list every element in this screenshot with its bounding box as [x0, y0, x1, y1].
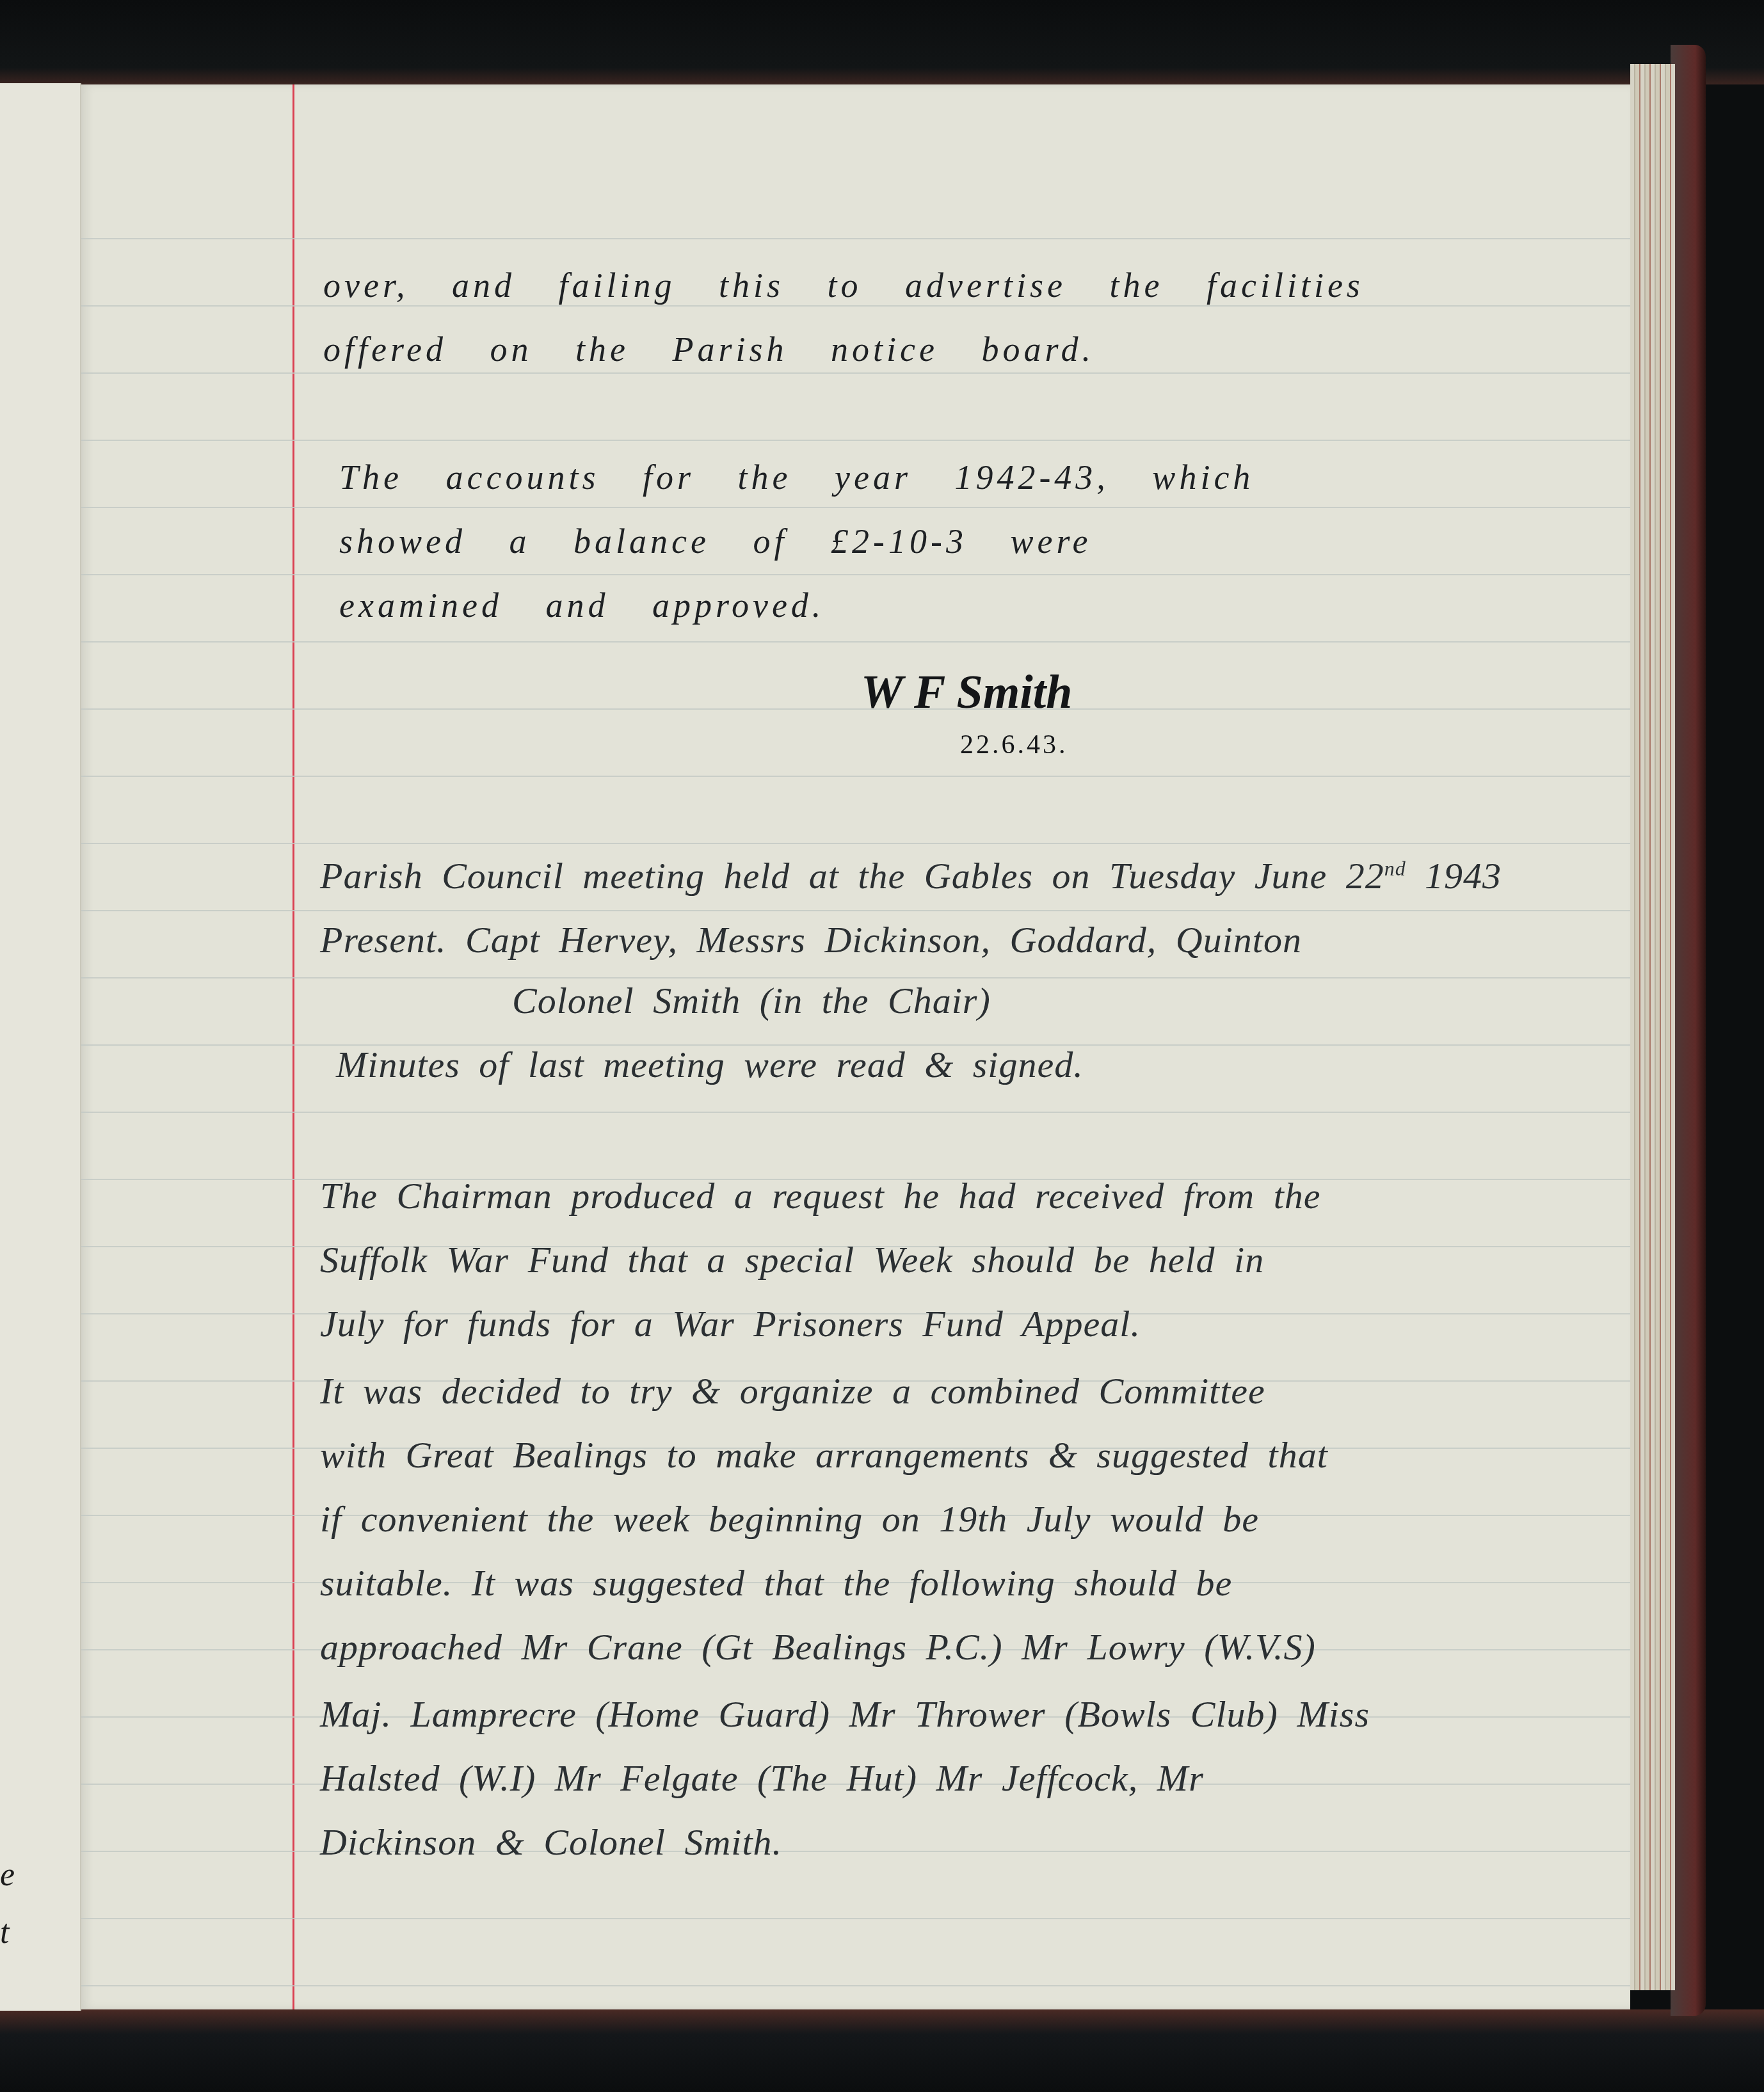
- previous-entry-line: over, and failing this to advertise the …: [323, 266, 1364, 305]
- left-page-edge: e t: [0, 83, 81, 2011]
- ruled-line: [81, 843, 1630, 844]
- paragraph-line: Dickinson & Colonel Smith.: [320, 1821, 782, 1864]
- ruled-line: [81, 1112, 1630, 1113]
- ruled-line: [81, 574, 1630, 575]
- paragraph-line: Suffolk War Fund that a special Week sho…: [320, 1238, 1264, 1281]
- ruled-line: [81, 440, 1630, 441]
- ruled-line: [81, 238, 1630, 239]
- meeting-heading-ordinal: nd: [1384, 858, 1406, 880]
- paragraph-line: with Great Bealings to make arrangements…: [320, 1433, 1328, 1476]
- paragraph-line: approached Mr Crane (Gt Bealings P.C.) M…: [320, 1625, 1316, 1668]
- left-page-fragment: e: [0, 1856, 15, 1894]
- ruled-line: [81, 1918, 1630, 1919]
- meeting-heading-year: 1943: [1425, 855, 1502, 897]
- ruled-line: [81, 1985, 1630, 1986]
- left-page-fragment: t: [0, 1913, 9, 1951]
- minutes-signed-line: Minutes of last meeting were read & sign…: [336, 1043, 1084, 1086]
- ruled-line: [81, 507, 1630, 508]
- page-fore-edge: [1630, 64, 1675, 1990]
- ruled-line: [81, 977, 1630, 978]
- chairman-signature: W F Smith: [861, 666, 1072, 720]
- book-cover-top: [0, 0, 1764, 84]
- present-line: Present. Capt Hervey, Messrs Dickinson, …: [320, 918, 1302, 961]
- meeting-heading-text: Parish Council meeting held at the Gable…: [320, 855, 1384, 897]
- signature-date: 22.6.43.: [960, 730, 1068, 760]
- present-line-chair: Colonel Smith (in the Chair): [512, 979, 991, 1022]
- paragraph-line: July for funds for a War Prisoners Fund …: [320, 1302, 1141, 1345]
- paragraph-line: suitable. It was suggested that the foll…: [320, 1561, 1232, 1604]
- paragraph-line: Maj. Lamprecre (Home Guard) Mr Thrower (…: [320, 1693, 1370, 1736]
- ruled-line: [81, 641, 1630, 643]
- book-cover-bottom: [0, 2009, 1764, 2092]
- ruled-line: [81, 776, 1630, 777]
- meeting-heading: Parish Council meeting held at the Gable…: [320, 854, 1502, 897]
- ruled-line: [81, 1851, 1630, 1852]
- paragraph-line: The Chairman produced a request he had r…: [320, 1174, 1321, 1217]
- book-binding-right: [1671, 45, 1706, 2016]
- ruled-line: [81, 305, 1630, 307]
- paragraph-line: if convenient the week beginning on 19th…: [320, 1497, 1259, 1540]
- accounts-entry-line: examined and approved.: [339, 586, 824, 625]
- ruled-line: [81, 372, 1630, 374]
- paragraph-line: Halsted (W.I) Mr Felgate (The Hut) Mr Je…: [320, 1757, 1204, 1800]
- ruled-line: [81, 708, 1630, 710]
- paragraph-line: It was decided to try & organize a combi…: [320, 1369, 1265, 1412]
- accounts-entry-line: showed a balance of £2-10-3 were: [339, 522, 1091, 561]
- accounts-entry-line: The accounts for the year 1942-43, which: [339, 458, 1254, 497]
- ruled-line: [81, 910, 1630, 911]
- previous-entry-line: offered on the Parish notice board.: [323, 330, 1094, 369]
